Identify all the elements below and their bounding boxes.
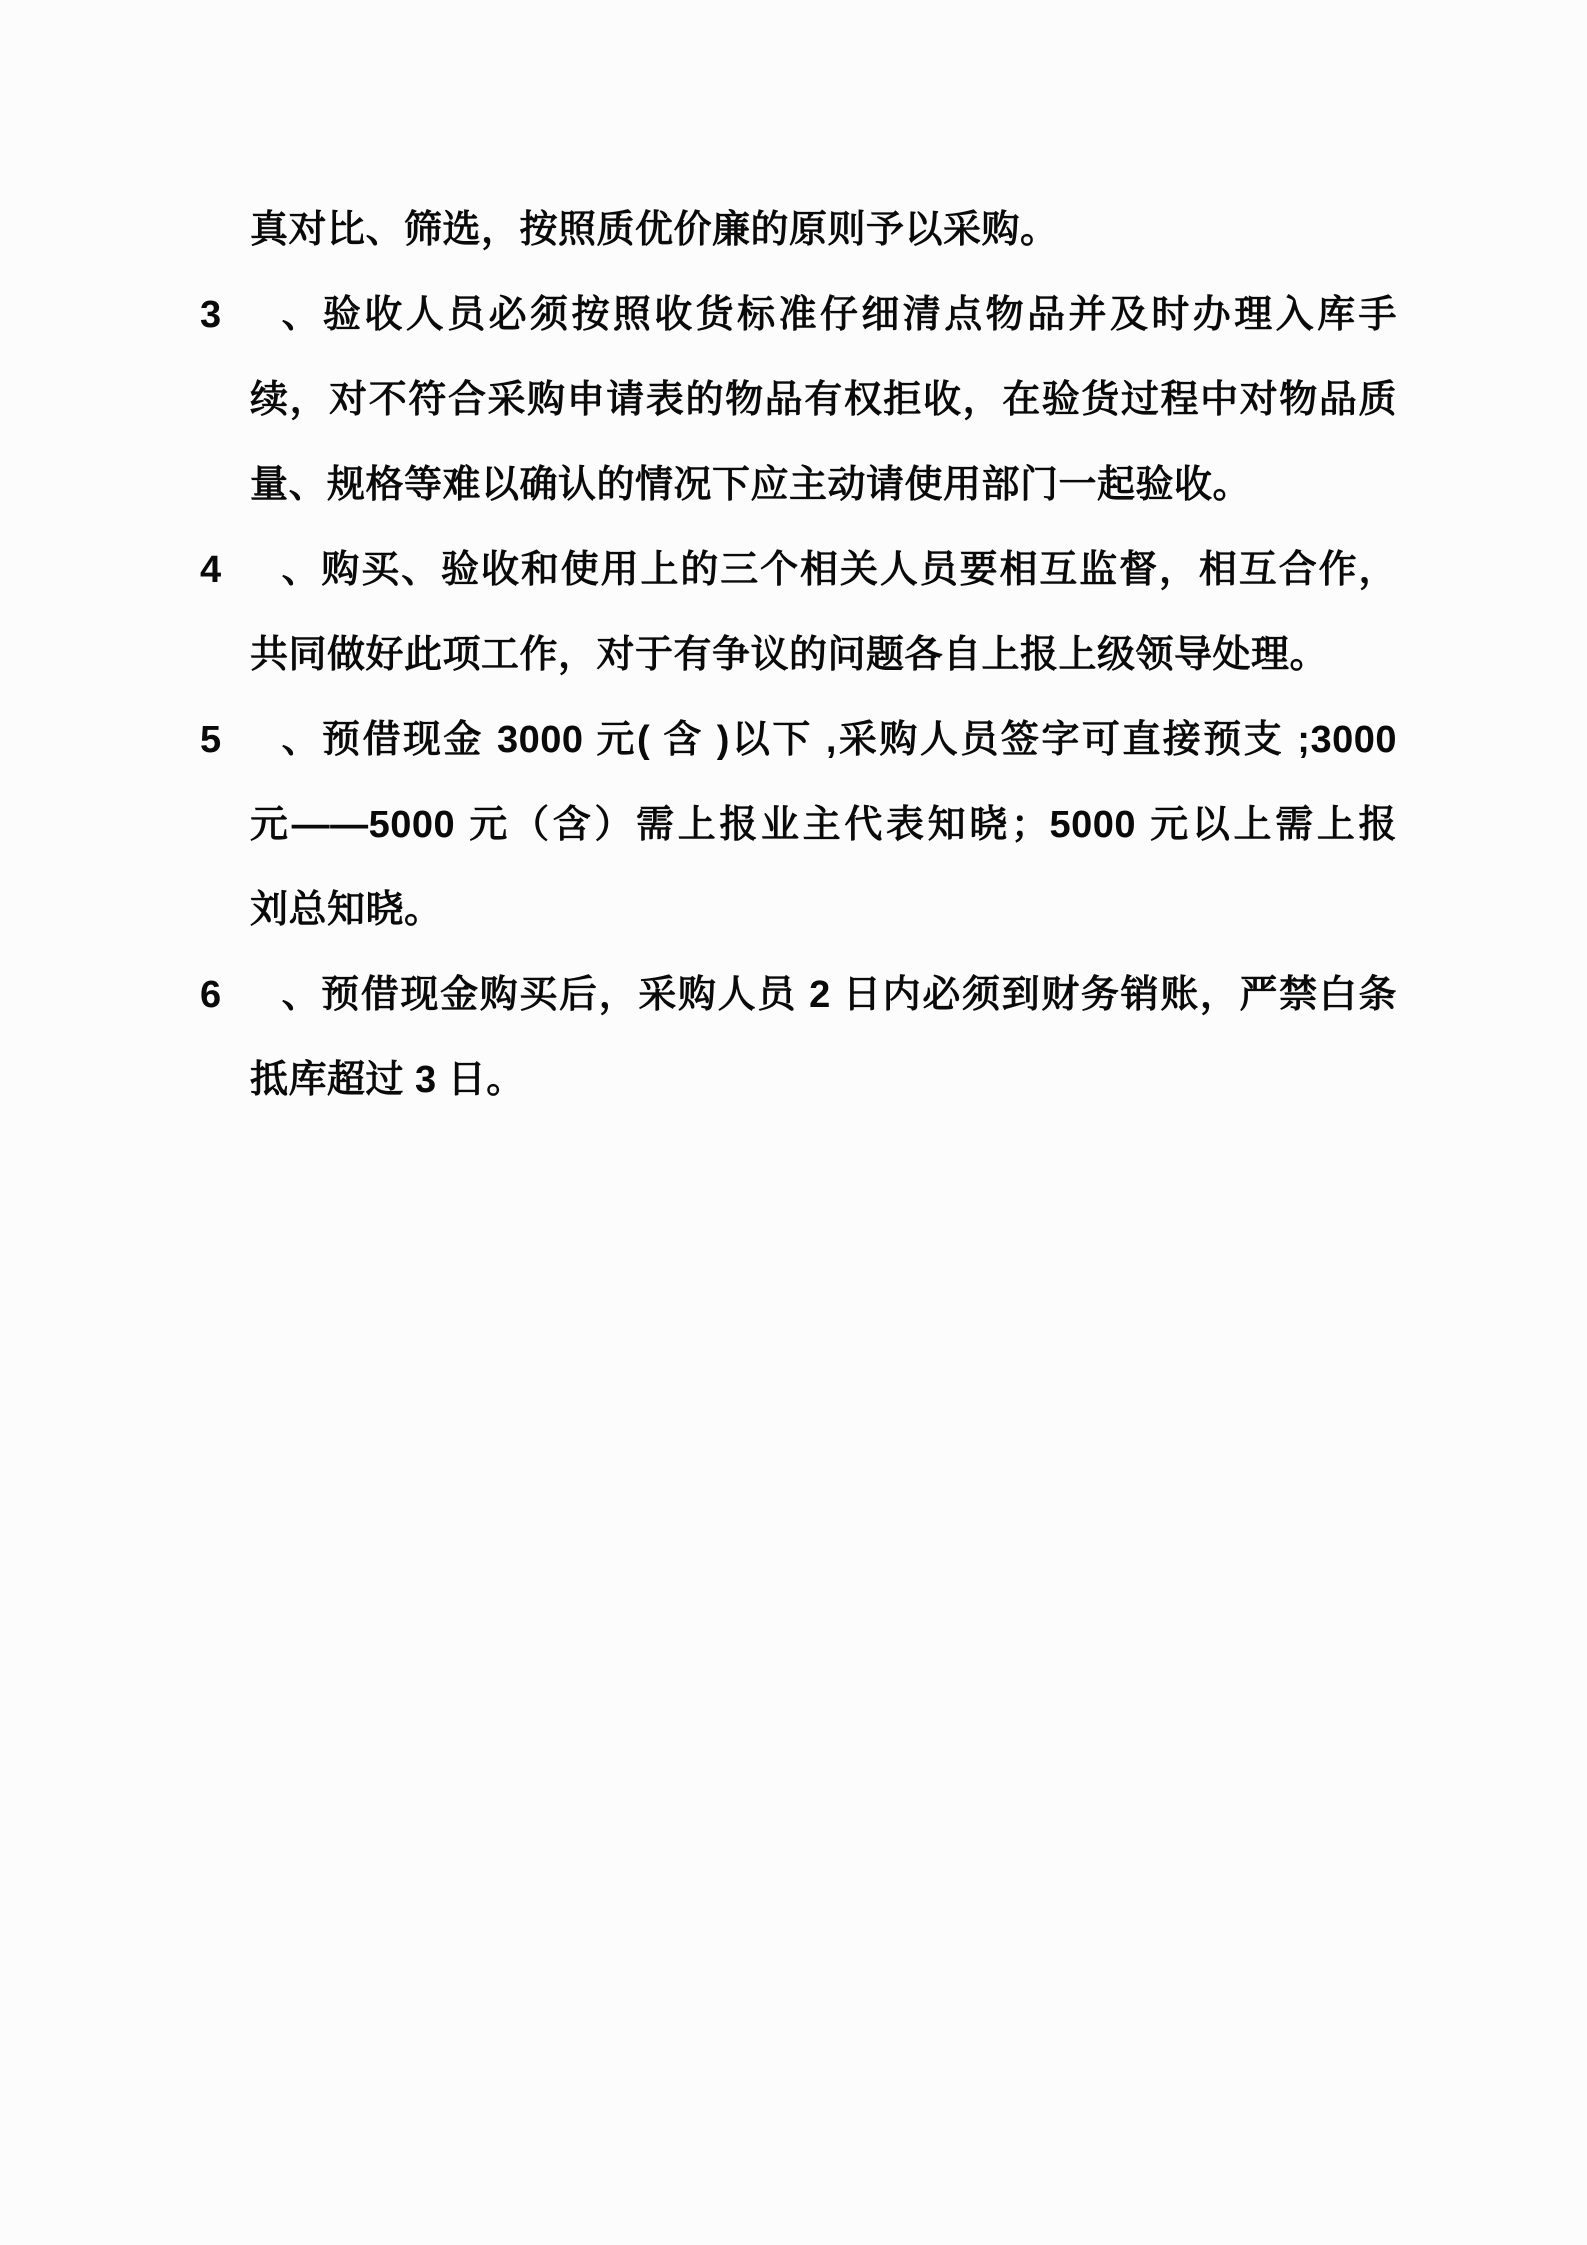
item-3-number: 3、 — [200, 273, 320, 358]
para-2-continuation-line: 真对比、筛选，按照质优价廉的原则予以采购。 — [0, 188, 1587, 273]
line-text: 真对比、筛选，按照质优价廉的原则予以采购。 — [250, 209, 1059, 251]
item-3-line-1: 3、验收人员必须按照收货标准仔细清点物品并及时办理入库手 — [0, 273, 1587, 358]
item-4-number: 4、 — [200, 528, 320, 613]
item-4-line-2: 共同做好此项工作，对于有争议的问题各自上报上级领导处理。 — [0, 613, 1587, 698]
item-5-line-1: 5、预借现金 3000 元( 含 )以下 ,采购人员签字可直接预支 ;3000 — [0, 698, 1587, 783]
line-text: 刘总知晓。 — [250, 889, 443, 931]
line-text: 元——5000 元（含）需上报业主代表知晓；5000 元以上需上报 — [250, 804, 1397, 846]
line-text: 验收人员必须按照收货标准仔细清点物品并及时办理入库手 — [320, 294, 1397, 336]
item-6-line-1: 6、预借现金购买后，采购人员 2 日内必须到财务销账，严禁白条 — [0, 953, 1587, 1038]
item-4-line-1: 4、购买、验收和使用上的三个相关人员要相互监督，相互合作， — [0, 528, 1587, 613]
item-6-line-2: 抵库超过 3 日。 — [0, 1038, 1587, 1123]
line-text: 共同做好此项工作，对于有争议的问题各自上报上级领导处理。 — [250, 634, 1328, 676]
line-text: 续，对不符合采购申请表的物品有权拒收，在验货过程中对物品质 — [250, 379, 1397, 421]
item-3-line-3: 量、规格等难以确认的情况下应主动请使用部门一起验收。 — [0, 443, 1587, 528]
item-5-number: 5、 — [200, 698, 320, 783]
document-body: 真对比、筛选，按照质优价廉的原则予以采购。 3、验收人员必须按照收货标准仔细清点… — [0, 0, 1587, 1123]
item-5-line-3: 刘总知晓。 — [0, 868, 1587, 953]
item-6-number: 6、 — [200, 953, 320, 1038]
item-5-line-2: 元——5000 元（含）需上报业主代表知晓；5000 元以上需上报 — [0, 783, 1587, 868]
line-text: 预借现金 3000 元( 含 )以下 ,采购人员签字可直接预支 ;3000 — [320, 719, 1397, 761]
line-text: 抵库超过 3 日。 — [250, 1059, 525, 1101]
line-text: 预借现金购买后，采购人员 2 日内必须到财务销账，严禁白条 — [320, 974, 1397, 1016]
line-text: 购买、验收和使用上的三个相关人员要相互监督，相互合作， — [320, 549, 1397, 591]
document-page: 真对比、筛选，按照质优价廉的原则予以采购。 3、验收人员必须按照收货标准仔细清点… — [0, 0, 1587, 2245]
item-3-line-2: 续，对不符合采购申请表的物品有权拒收，在验货过程中对物品质 — [0, 358, 1587, 443]
line-text: 量、规格等难以确认的情况下应主动请使用部门一起验收。 — [250, 464, 1251, 506]
